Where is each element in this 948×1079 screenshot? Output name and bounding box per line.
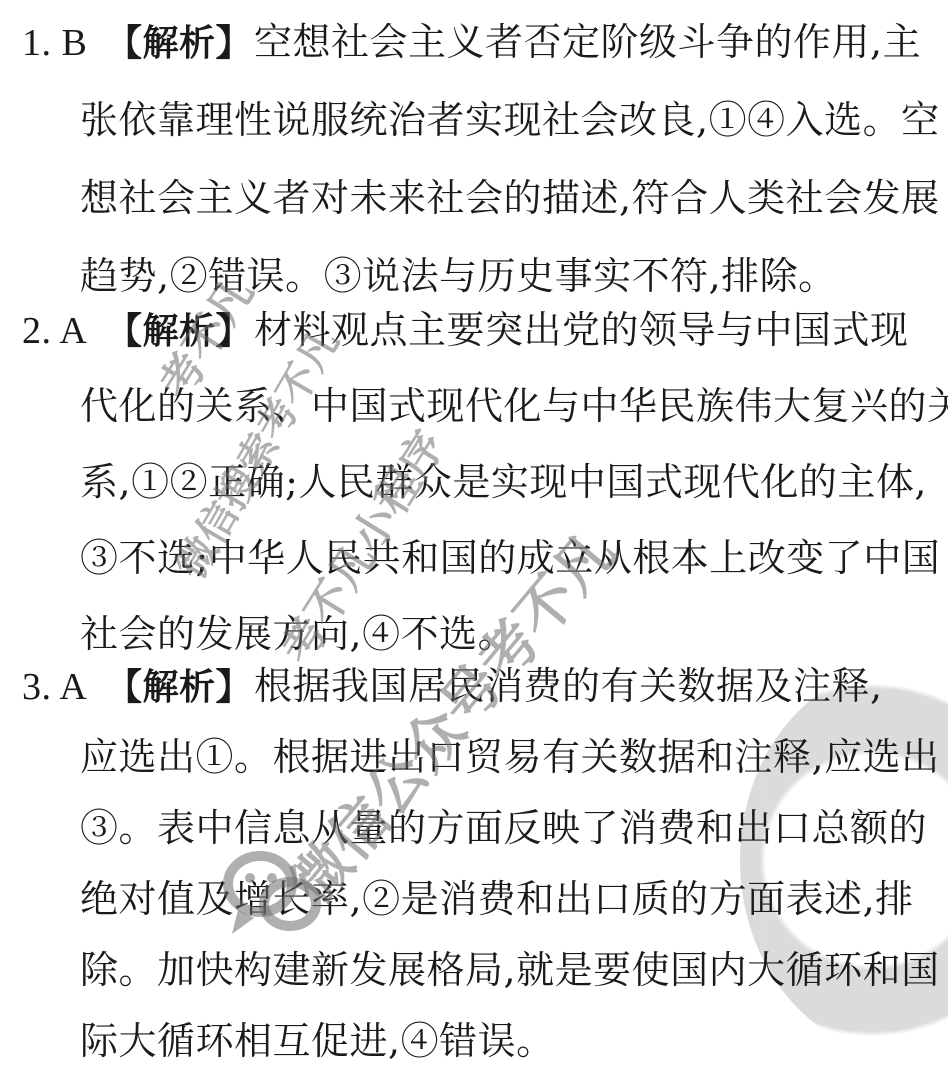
answer-page: 1. B【解析】空想社会主义者否定阶级斗争的作用,主 张依靠理性说服统治者实现社…: [0, 0, 948, 1079]
entry-2-line-1: 2. A【解析】材料观点主要突出党的领导与中国式现: [22, 300, 872, 360]
entry-2-text-4: ③不选;中华人民共和国的成立从根本上改变了中国: [80, 528, 930, 588]
entry-1-text-2: 张依靠理性说服统治者实现社会改良,①④入选。空: [80, 90, 930, 150]
entry-3-text-1: 根据我国居民消费的有关数据及注释,: [254, 664, 883, 708]
entry-3-line-1: 3. A【解析】根据我国居民消费的有关数据及注释,: [22, 656, 872, 716]
entry-1-tag: 【解析】: [106, 23, 252, 64]
entry-3-text-3: ③。表中信息从量的方面反映了消费和出口总额的: [80, 798, 930, 858]
entry-1-line-1: 1. B【解析】空想社会主义者否定阶级斗争的作用,主: [22, 12, 872, 72]
entry-2-text-2: 代化的关系、中国式现代化与中华民族伟大复兴的关: [80, 376, 930, 436]
entry-1-text-4: 趋势,②错误。③说法与历史事实不符,排除。: [80, 246, 930, 306]
entry-3-tag: 【解析】: [106, 667, 252, 708]
entry-3-text-2: 应选出①。根据进出口贸易有关数据和注释,应选出: [80, 727, 930, 787]
entry-2-tag: 【解析】: [106, 311, 252, 352]
entry-3-text-6: 际大循环相互促进,④错误。: [80, 1011, 930, 1071]
entry-3-text-4: 绝对值及增长率,②是消费和出口质的方面表述,排: [80, 869, 930, 929]
entry-2-text-3: 系,①②正确;人民群众是实现中国式现代化的主体,: [80, 452, 930, 512]
entry-1-number: 1. B: [22, 13, 106, 73]
entry-2-text-5: 社会的发展方向,④不选。: [80, 604, 930, 664]
entry-3-number: 3. A: [22, 657, 106, 717]
entry-2-number: 2. A: [22, 301, 106, 361]
entry-2-text-1: 材料观点主要突出党的领导与中国式现: [254, 308, 909, 352]
entry-1-text-3: 想社会主义者对未来社会的描述,符合人类社会发展: [80, 168, 930, 228]
entry-3-text-5: 除。加快构建新发展格局,就是要使国内大循环和国: [80, 940, 930, 1000]
entry-1-text-1: 空想社会主义者否定阶级斗争的作用,主: [254, 20, 921, 64]
